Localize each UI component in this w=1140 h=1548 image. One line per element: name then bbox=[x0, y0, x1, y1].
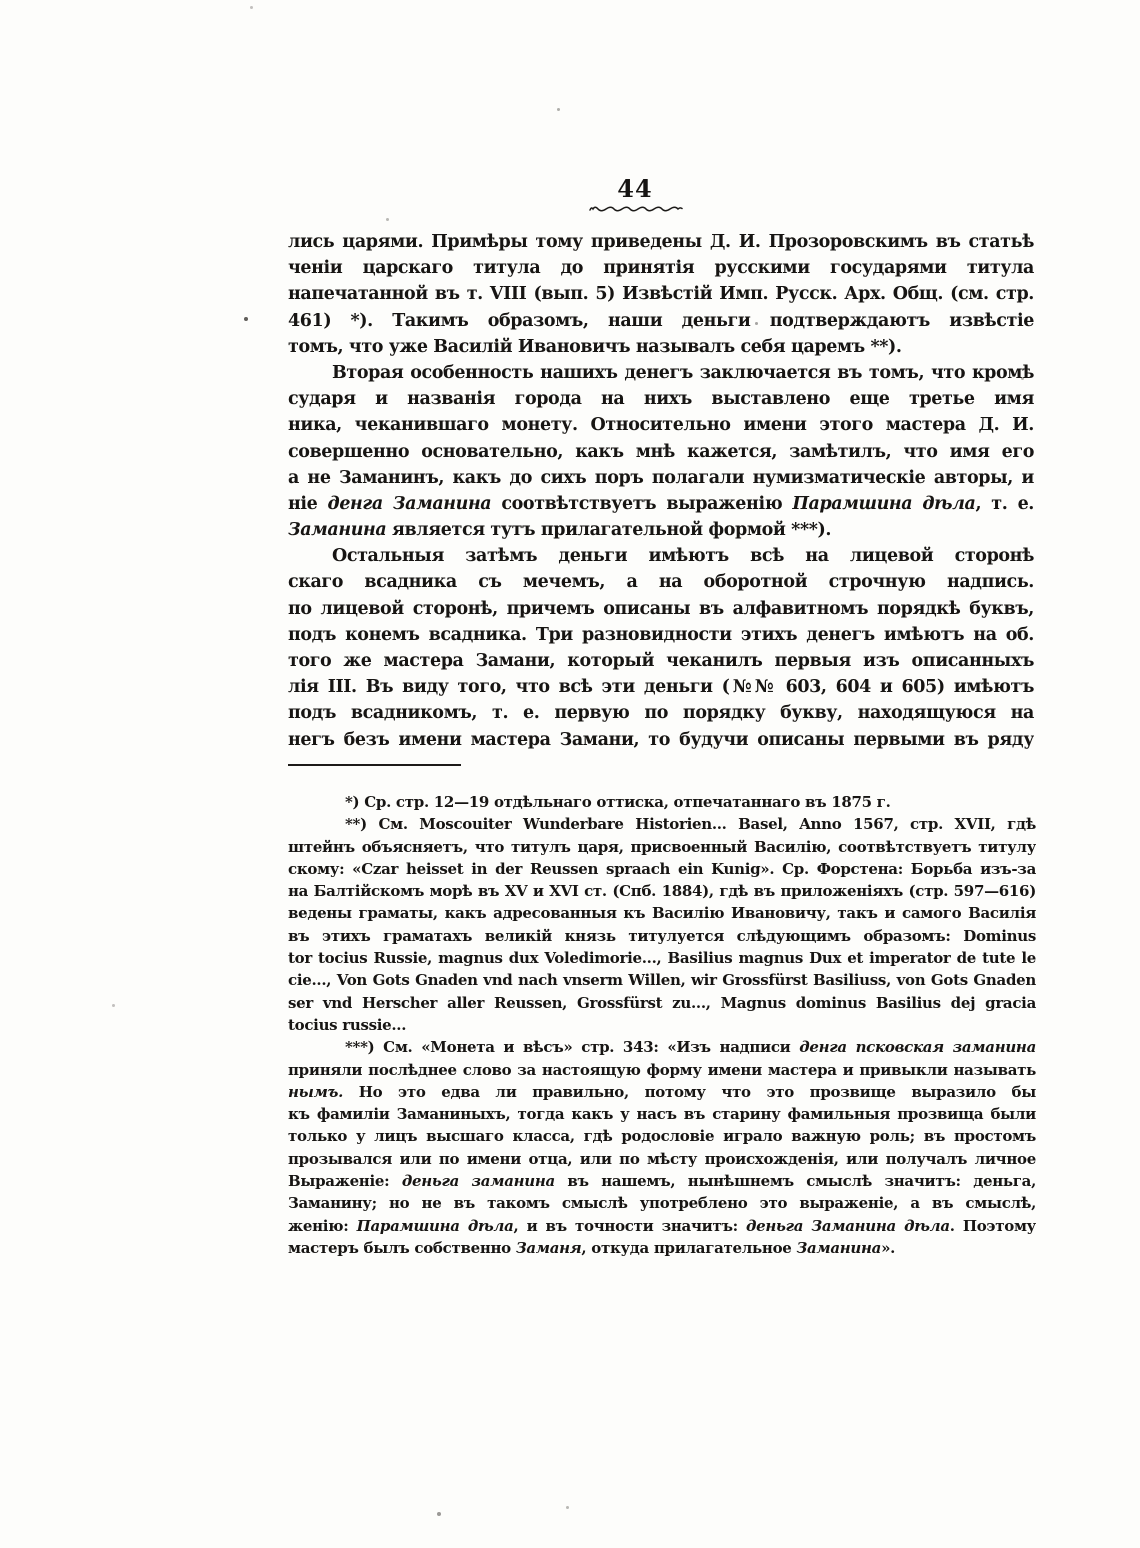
text-line: Остальныя затѣмъ деньги имѣютъ всѣ на ли… bbox=[288, 543, 1034, 569]
text-line: подъ всадникомъ, т. е. первую по порядку… bbox=[288, 700, 1034, 726]
footnote-line: только у лицъ высшаго класса, гдѣ родосл… bbox=[288, 1125, 1036, 1147]
text-line: томъ, что уже Василій Ивановичъ называлъ… bbox=[288, 334, 1034, 360]
footnote-line: Выраженіе: деньга заманина въ нашемъ, ны… bbox=[288, 1170, 1036, 1192]
main-text: лись царями. Примѣры тому приведены Д. И… bbox=[288, 229, 1034, 753]
text-line: напечатанной въ т. VIII (вып. 5) Извѣсті… bbox=[288, 281, 1034, 307]
scan-speck bbox=[557, 108, 560, 111]
footnote-line: штейнъ объясняетъ, что титулъ царя, прис… bbox=[288, 836, 1036, 858]
footnote-line: ***) См. «Монета и вѣсъ» стр. 343: «Изъ … bbox=[288, 1036, 1036, 1058]
footnote-line: прозывался или по имени отца, или по мѣс… bbox=[288, 1148, 1036, 1170]
book-page: 44 лись царями. Примѣры тому приведены Д… bbox=[0, 0, 1140, 1548]
footnote-line: ser vnd Herscher aller Reussen, Grossfür… bbox=[288, 992, 1036, 1014]
footnote-line: приняли послѣднее слово за настоящую фор… bbox=[288, 1059, 1036, 1081]
footnote-line: мастеръ былъ собственно Заманя, откуда п… bbox=[288, 1237, 1036, 1259]
footnote-separator-rule bbox=[288, 764, 461, 766]
text-line: совершенно основательно, какъ мнѣ кажетс… bbox=[288, 439, 1034, 465]
italic-run: Заманя bbox=[516, 1239, 582, 1257]
text-line: негъ безъ имени мастера Замани, то будуч… bbox=[288, 727, 1034, 753]
italic-run: Заманина bbox=[796, 1239, 881, 1257]
text-line: лія III. Въ виду того, что всѣ эти деньг… bbox=[288, 674, 1034, 700]
footnote-line: скому: «Czar heisset in der Reussen spra… bbox=[288, 858, 1036, 880]
text-line: Вторая особенность нашихъ денегъ заключа… bbox=[288, 360, 1034, 386]
text-line: 461) *). Такимъ образомъ, наши деньги по… bbox=[288, 308, 1034, 334]
footnote-line: къ фамиліи Заманиныхъ, тогда какъ у насъ… bbox=[288, 1103, 1036, 1125]
footnotes: *) Ср. стр. 12—19 отдѣльнаго оттиска, от… bbox=[288, 791, 1036, 1259]
footnote-line: *) Ср. стр. 12—19 отдѣльнаго оттиска, от… bbox=[288, 791, 1036, 813]
footnote-line: tocius russie... bbox=[288, 1014, 1036, 1036]
text-line: ніе денга Заманина соотвѣтствуетъ выраже… bbox=[288, 491, 1034, 517]
italic-run: деньга заманина bbox=[402, 1172, 555, 1190]
scan-speck bbox=[112, 1004, 115, 1007]
folio-underline-squiggle bbox=[589, 203, 683, 213]
footnote-line: нымъ. Но это едва ли правильно, потому ч… bbox=[288, 1081, 1036, 1103]
text-line: ника, чеканившаго монету. Относительно и… bbox=[288, 412, 1034, 438]
scan-speck bbox=[386, 218, 389, 221]
scan-speck bbox=[437, 1512, 441, 1516]
italic-run: Заманина bbox=[288, 520, 386, 540]
italic-run: деньга Заманина дѣла bbox=[746, 1217, 950, 1235]
scan-speck bbox=[250, 6, 253, 9]
footnote-line: женію: Парамшина дѣла, и въ точности зна… bbox=[288, 1215, 1036, 1237]
italic-run: денга псковская заманина bbox=[799, 1038, 1036, 1056]
text-line: подъ конемъ всадника. Три разновидности … bbox=[288, 622, 1034, 648]
footnote-line: на Балтійскомъ морѣ въ XV и XVI ст. (Спб… bbox=[288, 880, 1036, 902]
footnote-line: cie..., Von Gots Gnaden vnd nach vnserm … bbox=[288, 969, 1036, 991]
footnote-line: **) См. Moscouiter Wunderbare Historien.… bbox=[288, 813, 1036, 835]
scan-speck bbox=[755, 322, 758, 325]
text-line: ченіи царскаго титула до принятія русски… bbox=[288, 255, 1034, 281]
text-line: по лицевой сторонѣ, причемъ описаны въ а… bbox=[288, 596, 1034, 622]
text-line: Заманина является тутъ прилагательной фо… bbox=[288, 517, 1034, 543]
text-line: скаго всадника съ мечемъ, а на оборотной… bbox=[288, 569, 1034, 595]
text-line: сударя и названія города на нихъ выставл… bbox=[288, 386, 1034, 412]
scan-speck bbox=[566, 1506, 569, 1509]
footnote-line: tor tocius Russie, magnus dux Voledimori… bbox=[288, 947, 1036, 969]
footnote-line: ведены граматы, какъ адресованныя къ Вас… bbox=[288, 902, 1036, 924]
page-number: 44 bbox=[288, 174, 982, 203]
scan-speck bbox=[1021, 377, 1024, 380]
scan-speck bbox=[244, 317, 248, 321]
text-line: того же мастера Замани, который чеканилъ… bbox=[288, 648, 1034, 674]
footnote-line: въ этихъ граматахъ великій князь титулуе… bbox=[288, 925, 1036, 947]
footnote-line: Заманину; но не въ такомъ смыслѣ употреб… bbox=[288, 1192, 1036, 1214]
text-line: а не Заманинъ, какъ до сихъ поръ полагал… bbox=[288, 465, 1034, 491]
text-line: лись царями. Примѣры тому приведены Д. И… bbox=[288, 229, 1034, 255]
italic-run: Парамшина дѣла bbox=[357, 1217, 514, 1235]
italic-run: денга Заманина bbox=[328, 494, 492, 514]
italic-run: нымъ. bbox=[288, 1083, 343, 1101]
italic-run: Парамшина дѣла bbox=[792, 494, 975, 514]
